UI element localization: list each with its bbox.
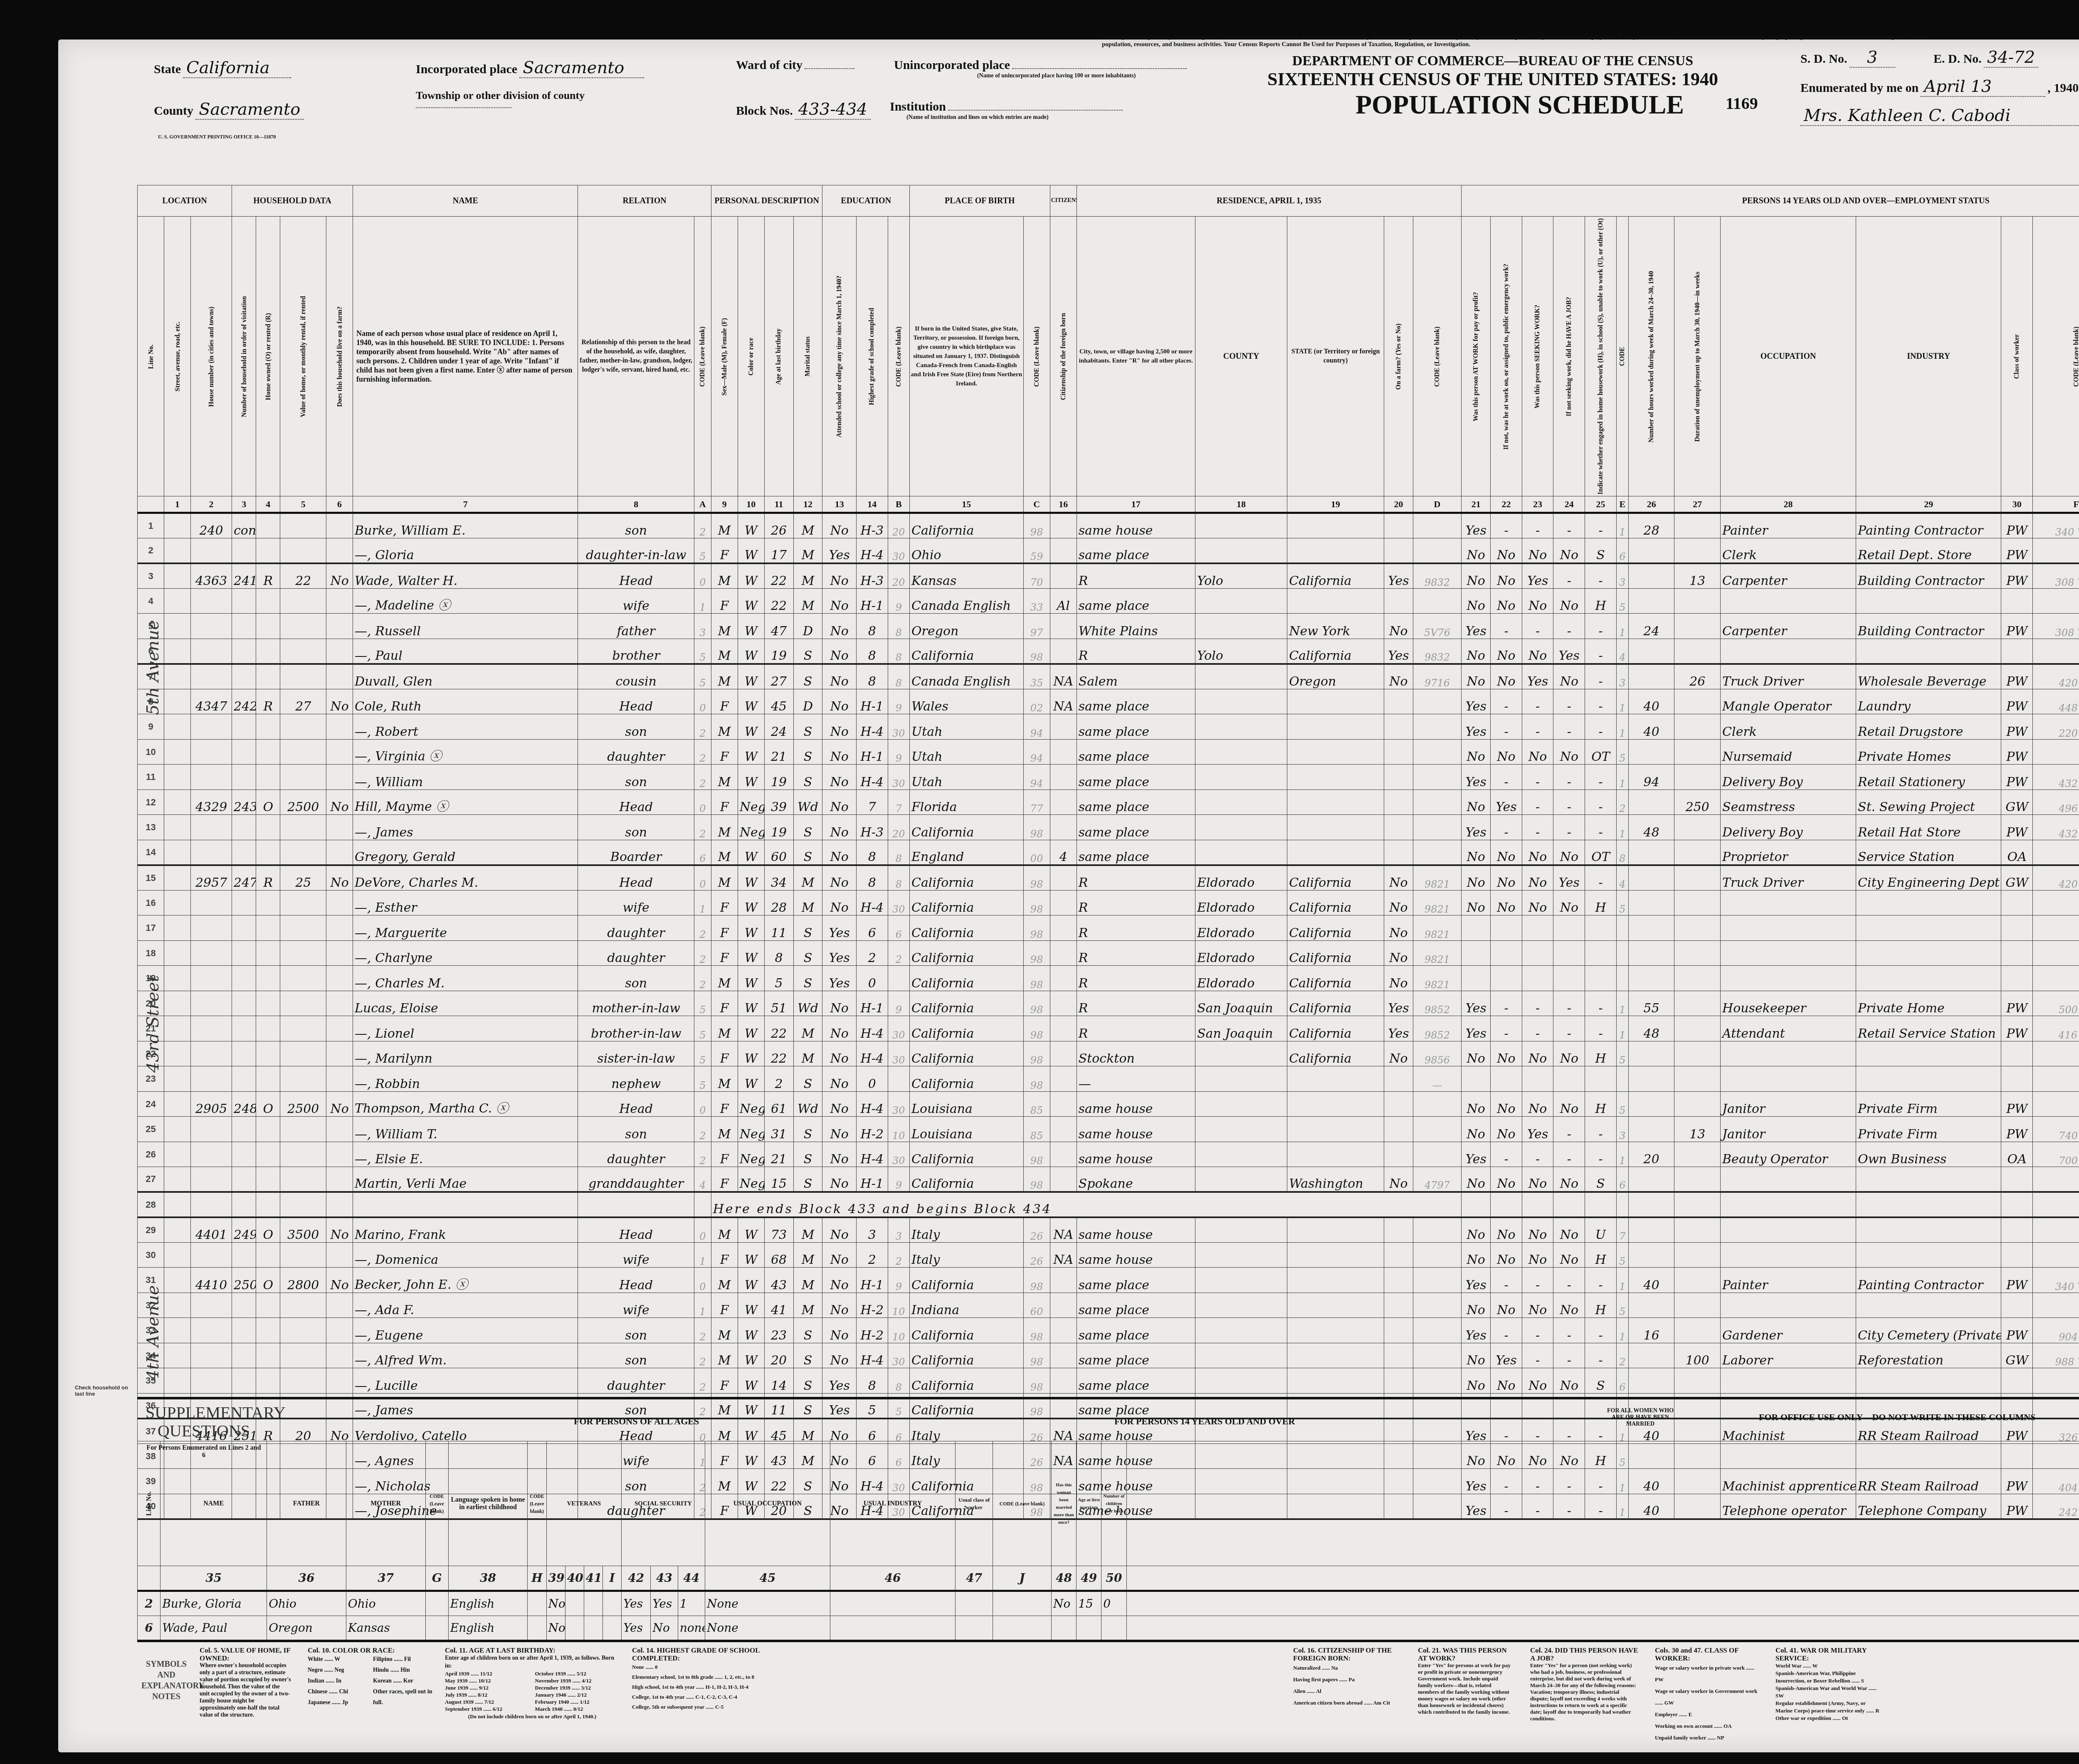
street-cell <box>164 890 191 915</box>
at-work: No <box>1462 664 1491 689</box>
activity: S <box>1585 538 1617 563</box>
activity: U <box>1585 1217 1617 1243</box>
col-activity: Indicate whether engaged in home housewo… <box>1585 217 1617 496</box>
highest-grade: H-4 <box>856 890 888 915</box>
birthplace: California <box>910 940 1024 966</box>
at-work: No <box>1462 1293 1491 1318</box>
home-value <box>280 1066 326 1092</box>
group-birth: PLACE OF BIRTH <box>910 185 1050 217</box>
school-attendance: Yes <box>822 538 857 563</box>
hours-worked: 55 <box>1628 991 1674 1016</box>
residence-city: Spokane <box>1077 1167 1195 1192</box>
school-attendance: Yes <box>822 966 857 991</box>
industry: St. Sewing Project <box>1856 789 2001 815</box>
activity: - <box>1585 815 1617 840</box>
person-name: Gregory, Gerald <box>353 840 578 865</box>
residence-code <box>1413 739 1461 765</box>
school-attendance: No <box>822 664 857 689</box>
school-attendance: No <box>822 1343 857 1368</box>
table-row: 16 —, Esther wife 1 F W 28 M No H-4 30 C… <box>138 890 2079 915</box>
at-work: No <box>1462 538 1491 563</box>
relation: son <box>578 1117 694 1142</box>
supp-children <box>1101 1616 1126 1641</box>
relation-code: 2 <box>694 1142 711 1167</box>
highest-grade: H-1 <box>856 991 888 1016</box>
has-job: Yes <box>1553 639 1585 664</box>
industry: Painting Contractor <box>1856 513 2001 538</box>
group-citizenship: CITIZENSHIP <box>1050 185 1077 217</box>
residence-county <box>1195 689 1287 714</box>
farm <box>326 1142 353 1167</box>
birthplace: California <box>910 890 1024 915</box>
emergency-work: - <box>1491 1016 1522 1041</box>
residence-county <box>1195 1368 1287 1394</box>
owned-rented: R <box>256 689 280 714</box>
emergency-work <box>1491 915 1522 941</box>
grade-code: 9 <box>888 1167 909 1192</box>
birthplace: California <box>910 1142 1024 1167</box>
relation-code: 4 <box>694 1167 711 1192</box>
supp-col-veterans: VETERANS <box>546 1441 622 1566</box>
industry: City Cemetery (Private Cemetery) <box>1856 1318 2001 1343</box>
age: 8 <box>764 940 793 966</box>
residence-state: California <box>1287 915 1384 941</box>
grade-code: 8 <box>888 639 909 664</box>
household-number <box>232 765 256 790</box>
residence-city: same place <box>1077 789 1195 815</box>
residence-state <box>1287 1066 1384 1092</box>
age: 2 <box>764 1066 793 1092</box>
weeks-unemployed: 100 <box>1674 1343 1721 1368</box>
birthplace: California <box>910 1041 1024 1066</box>
institution-note: (Name of institution and lines on which … <box>906 114 1123 121</box>
activity-code: 5 <box>1616 1242 1628 1268</box>
occupation: Mangle Operator <box>1721 689 1856 714</box>
residence-city: R <box>1077 1016 1195 1041</box>
residence-state <box>1287 789 1384 815</box>
birthplace-code: 35 <box>1023 664 1050 689</box>
house-number <box>191 966 232 991</box>
relation: daughter <box>578 739 694 765</box>
school-attendance: No <box>822 815 857 840</box>
col-grade-code: CODE (Leave blank) <box>888 217 909 496</box>
sd-value: 3 <box>1849 48 1895 68</box>
birthplace: Louisiana <box>910 1091 1024 1117</box>
group-office-use: FOR OFFICE USE ONLY—DO NOT WRITE IN THES… <box>1759 1412 2035 1423</box>
activity-code: 5 <box>1616 588 1628 614</box>
highest-grade: H-4 <box>856 1041 888 1066</box>
relation-code: 2 <box>694 1117 711 1142</box>
citizenship <box>1050 1318 1077 1343</box>
occupation-code: 432 65 <box>2033 815 2079 840</box>
citizenship <box>1050 1368 1077 1394</box>
weeks-unemployed <box>1674 815 1721 840</box>
birthplace: California <box>910 1268 1024 1293</box>
residence-state <box>1287 1343 1384 1368</box>
table-row: 21 —, Lionel brother-in-law 5 M W 22 M N… <box>138 1016 2079 1041</box>
age: 20 <box>764 1343 793 1368</box>
farm <box>326 815 353 840</box>
industry: Retail Hat Store <box>1856 815 2001 840</box>
residence-code <box>1413 815 1461 840</box>
residence-farm <box>1384 840 1413 865</box>
at-work <box>1462 1192 1491 1217</box>
marital-status: S <box>793 1343 822 1368</box>
residence-code: 9716 <box>1413 664 1461 689</box>
incorporated-place-field: Incorporated place Sacramento <box>416 58 644 78</box>
age: 22 <box>764 1016 793 1041</box>
marital-status: S <box>793 966 822 991</box>
citizenship <box>1050 966 1077 991</box>
race: W <box>738 765 764 790</box>
home-value <box>280 538 326 563</box>
farm <box>326 1041 353 1066</box>
residence-county <box>1195 815 1287 840</box>
residence-county <box>1195 1066 1287 1092</box>
marital-status: S <box>793 664 822 689</box>
has-job: - <box>1553 765 1585 790</box>
relation: Head <box>578 563 694 589</box>
at-work: No <box>1462 840 1491 865</box>
highest-grade: H-4 <box>856 538 888 563</box>
age: 19 <box>764 815 793 840</box>
occupation <box>1721 1066 1856 1092</box>
enumerator-field: Mrs. Kathleen C. Cabodi , Enumerator. <box>1800 106 2079 126</box>
table-row: 23 —, Robbin nephew 5 M W 2 S No 0 Calif… <box>138 1066 2079 1092</box>
residence-state <box>1287 538 1384 563</box>
activity-code: 3 <box>1616 664 1628 689</box>
citizenship: Al <box>1050 588 1077 614</box>
sex: M <box>711 1318 738 1343</box>
school-attendance: No <box>822 1293 857 1318</box>
household-number: 243 <box>232 789 256 815</box>
ed-label: E. D. No. <box>1933 52 1982 66</box>
has-job: No <box>1553 1167 1585 1192</box>
supp-col-social-security: SOCIAL SECURITY <box>622 1441 705 1566</box>
residence-code <box>1413 538 1461 563</box>
emergency-work: - <box>1491 714 1522 740</box>
hours-worked <box>1628 563 1674 589</box>
household-number <box>232 1142 256 1167</box>
supp-col-children: Number of children ever born <box>1101 1441 1126 1566</box>
industry: Retail Dept. Store <box>1856 538 2001 563</box>
farm <box>326 538 353 563</box>
citizenship <box>1050 639 1077 664</box>
grade-code: 6 <box>888 915 909 941</box>
relation-code: 2 <box>694 940 711 966</box>
weeks-unemployed <box>1674 1368 1721 1394</box>
residence-code: 9832 <box>1413 563 1461 589</box>
activity-code: 5 <box>1616 890 1628 915</box>
grade-code: 10 <box>888 1318 909 1343</box>
seeking-work <box>1522 1192 1553 1217</box>
street-cell <box>164 865 191 891</box>
county-field: County Sacramento <box>154 100 304 120</box>
race: W <box>738 639 764 664</box>
has-job: - <box>1553 1343 1585 1368</box>
street-cell <box>164 513 191 538</box>
street-annotation-5th-avenue: 5th Avenue <box>143 466 163 715</box>
line-number: 25 <box>138 1117 164 1142</box>
residence-state <box>1287 1368 1384 1394</box>
owned-rented <box>256 940 280 966</box>
age: 23 <box>764 1318 793 1343</box>
owned-rented <box>256 1117 280 1142</box>
race: W <box>738 915 764 941</box>
home-value <box>280 1167 326 1192</box>
birthplace-code: 98 <box>1023 940 1050 966</box>
citizenship <box>1050 765 1077 790</box>
occupation-code: 420 98 <box>2033 865 2079 891</box>
owned-rented <box>256 765 280 790</box>
col-farm: Does this household live on a farm? <box>326 217 353 496</box>
census-title: SIXTEENTH CENSUS OF THE UNITED STATES: 1… <box>1247 69 1738 90</box>
residence-state <box>1287 1217 1384 1243</box>
industry: Private Firm <box>1856 1117 2001 1142</box>
school-attendance: No <box>822 1066 857 1092</box>
has-job: - <box>1553 1117 1585 1142</box>
occupation-code: 500 86 <box>2033 991 2079 1016</box>
sex: F <box>711 991 738 1016</box>
weeks-unemployed <box>1674 966 1721 991</box>
class-of-worker: GW <box>2001 789 2033 815</box>
unincorporated-label: Unincorporated place <box>894 58 1010 72</box>
residence-city: R <box>1077 563 1195 589</box>
activity-code: 5 <box>1616 1293 1628 1318</box>
marital-status: S <box>793 1117 822 1142</box>
farm <box>326 588 353 614</box>
race: W <box>738 1343 764 1368</box>
owned-rented <box>256 739 280 765</box>
seeking-work: No <box>1522 1167 1553 1192</box>
supp-mother-tongue: English <box>448 1616 528 1641</box>
has-job: No <box>1553 739 1585 765</box>
grade-code: 30 <box>888 1016 909 1041</box>
supp-col-code-j: CODE (Leave blank) <box>993 1441 1052 1566</box>
table-row: 15 2957 247 R 25 No DeVore, Charles M. H… <box>138 865 2079 891</box>
emergency-work: - <box>1491 513 1522 538</box>
occupation: Janitor <box>1721 1117 1856 1142</box>
supplementary-title: SUPPLEMENTARY QUESTIONS <box>146 1404 262 1440</box>
seeking-work: No <box>1522 840 1553 865</box>
seeking-work: Yes <box>1522 1117 1553 1142</box>
emergency-work: No <box>1491 1242 1522 1268</box>
household-number <box>232 1041 256 1066</box>
hours-worked <box>1628 789 1674 815</box>
occupation-code <box>2033 639 2079 664</box>
sex: M <box>711 1016 738 1041</box>
at-work: Yes <box>1462 815 1491 840</box>
residence-city: same place <box>1077 1268 1195 1293</box>
citizenship <box>1050 991 1077 1016</box>
supp-usual-occupation: None <box>705 1591 830 1616</box>
occupation: Truck Driver <box>1721 664 1856 689</box>
township-field: Township or other division of county <box>416 89 665 110</box>
citizenship <box>1050 815 1077 840</box>
at-work: No <box>1462 1242 1491 1268</box>
industry <box>1856 1066 2001 1092</box>
birthplace-code: 94 <box>1023 714 1050 740</box>
marital-status: S <box>793 1142 822 1167</box>
incorporated-place-value: Sacramento <box>519 58 644 78</box>
residence-county <box>1195 1343 1287 1368</box>
relation: son <box>578 765 694 790</box>
household-number <box>232 890 256 915</box>
industry: Own Business <box>1856 1142 2001 1167</box>
person-name: —, William T. <box>353 1117 578 1142</box>
street-cell <box>164 1343 191 1368</box>
sex: F <box>711 588 738 614</box>
birthplace-code: 33 <box>1023 588 1050 614</box>
sex: F <box>711 1142 738 1167</box>
relation-code: 0 <box>694 563 711 589</box>
class-of-worker: PW <box>2001 991 2033 1016</box>
citizenship <box>1050 940 1077 966</box>
race: W <box>738 1318 764 1343</box>
class-of-worker <box>2001 890 2033 915</box>
seeking-work: - <box>1522 765 1553 790</box>
birthplace: Utah <box>910 765 1024 790</box>
residence-county <box>1195 1091 1287 1117</box>
birthplace: Utah <box>910 714 1024 740</box>
occupation-code: 340 V91 <box>2033 1268 2079 1293</box>
residence-county: Eldorado <box>1195 940 1287 966</box>
relation-code: 5 <box>694 664 711 689</box>
farm <box>326 1343 353 1368</box>
hours-worked <box>1628 1091 1674 1117</box>
supp-name: Wade, Paul <box>160 1616 267 1641</box>
marital-status: M <box>793 865 822 891</box>
house-number <box>191 840 232 865</box>
at-work: No <box>1462 639 1491 664</box>
enumerated-year: , 1940. <box>2047 81 2079 95</box>
highest-grade: 8 <box>856 865 888 891</box>
relation-code: 5 <box>694 639 711 664</box>
school-attendance: No <box>822 890 857 915</box>
col-age: Age at last birthday <box>764 217 793 496</box>
owned-rented <box>256 815 280 840</box>
residence-county <box>1195 1293 1287 1318</box>
table-row: 28 Here ends Block 433 and begins Block … <box>138 1192 2079 1217</box>
farm <box>326 1167 353 1192</box>
highest-grade: H-2 <box>856 1117 888 1142</box>
residence-farm: No <box>1384 865 1413 891</box>
weeks-unemployed <box>1674 1091 1721 1117</box>
group-residence: RESIDENCE, APRIL 1, 1935 <box>1077 185 1462 217</box>
birthplace: Wales <box>910 689 1024 714</box>
grade-code: 30 <box>888 765 909 790</box>
col-citizenship: Citizenship of the foreign born <box>1050 217 1077 496</box>
seeking-work: - <box>1522 815 1553 840</box>
school-attendance: No <box>822 1242 857 1268</box>
activity: OT <box>1585 840 1617 865</box>
supp-col-usual-class: Usual class of worker <box>956 1441 993 1566</box>
grade-code: 9 <box>888 991 909 1016</box>
enumerated-date: April 13 <box>1921 77 2045 97</box>
residence-city: same place <box>1077 714 1195 740</box>
street-cell <box>164 1293 191 1318</box>
col-occupation-code: CODE (Leave blank) <box>2033 217 2079 496</box>
hours-worked <box>1628 664 1674 689</box>
owned-rented <box>256 840 280 865</box>
activity-code: 7 <box>1616 1217 1628 1243</box>
farm <box>326 1016 353 1041</box>
occupation: Proprietor <box>1721 840 1856 865</box>
has-job: No <box>1553 1242 1585 1268</box>
age: 43 <box>764 1268 793 1293</box>
unincorporated-note: (Name of unincorporated place having 100… <box>977 72 1187 80</box>
hours-worked <box>1628 639 1674 664</box>
group-personal: PERSONAL DESCRIPTION <box>711 185 822 217</box>
has-job: No <box>1553 664 1585 689</box>
house-number: 2905 <box>191 1091 232 1117</box>
home-value <box>280 714 326 740</box>
race: W <box>738 1041 764 1066</box>
highest-grade: 8 <box>856 664 888 689</box>
seeking-work: - <box>1522 714 1553 740</box>
residence-city: same place <box>1077 840 1195 865</box>
birthplace-code: 02 <box>1023 689 1050 714</box>
class-of-worker <box>2001 915 2033 941</box>
sex: F <box>711 538 738 563</box>
residence-state <box>1287 1318 1384 1343</box>
residence-city: White Plains <box>1077 614 1195 639</box>
school-attendance: No <box>822 765 857 790</box>
age: 45 <box>764 689 793 714</box>
residence-county <box>1195 664 1287 689</box>
relation: Head <box>578 789 694 815</box>
relation: daughter <box>578 940 694 966</box>
seeking-work: No <box>1522 1091 1553 1117</box>
home-value <box>280 1242 326 1268</box>
age: 22 <box>764 588 793 614</box>
owned-rented <box>256 1368 280 1394</box>
activity: - <box>1585 1016 1617 1041</box>
owned-rented <box>256 714 280 740</box>
residence-farm <box>1384 714 1413 740</box>
owned-rented <box>256 890 280 915</box>
activity-code: 6 <box>1616 1167 1628 1192</box>
birthplace: California <box>910 1066 1024 1092</box>
household-number <box>232 915 256 941</box>
age: 24 <box>764 714 793 740</box>
has-job <box>1553 966 1585 991</box>
activity-code <box>1616 915 1628 941</box>
farm: No <box>326 689 353 714</box>
activity-code: 4 <box>1616 639 1628 664</box>
table-row: 8 4347 242 R 27 No Cole, Ruth Head 0 F W… <box>138 689 2079 714</box>
house-number <box>191 890 232 915</box>
farm <box>326 1066 353 1092</box>
hours-worked <box>1628 1242 1674 1268</box>
residence-farm: No <box>1384 614 1413 639</box>
printing-office: U. S. GOVERNMENT PRINTING OFFICE 10—1187… <box>158 133 276 141</box>
citizenship <box>1050 739 1077 765</box>
person-name: —, Russell <box>353 614 578 639</box>
table-row: 31 4410 250 O 2800 No Becker, John E. ⓧ … <box>138 1268 2079 1293</box>
farm <box>326 915 353 941</box>
highest-grade: H-4 <box>856 714 888 740</box>
home-value <box>280 1318 326 1343</box>
has-job: - <box>1553 815 1585 840</box>
grade-code: 8 <box>888 840 909 865</box>
table-row: 14 Gregory, Gerald Boarder 6 M W 60 S No… <box>138 840 2079 865</box>
birthplace-code: 85 <box>1023 1091 1050 1117</box>
table-row: 3 4363 241 R 22 No Wade, Walter H. Head … <box>138 563 2079 589</box>
group-relation: RELATION <box>578 185 711 217</box>
marital-status: S <box>793 1167 822 1192</box>
person-name: —, Esther <box>353 890 578 915</box>
